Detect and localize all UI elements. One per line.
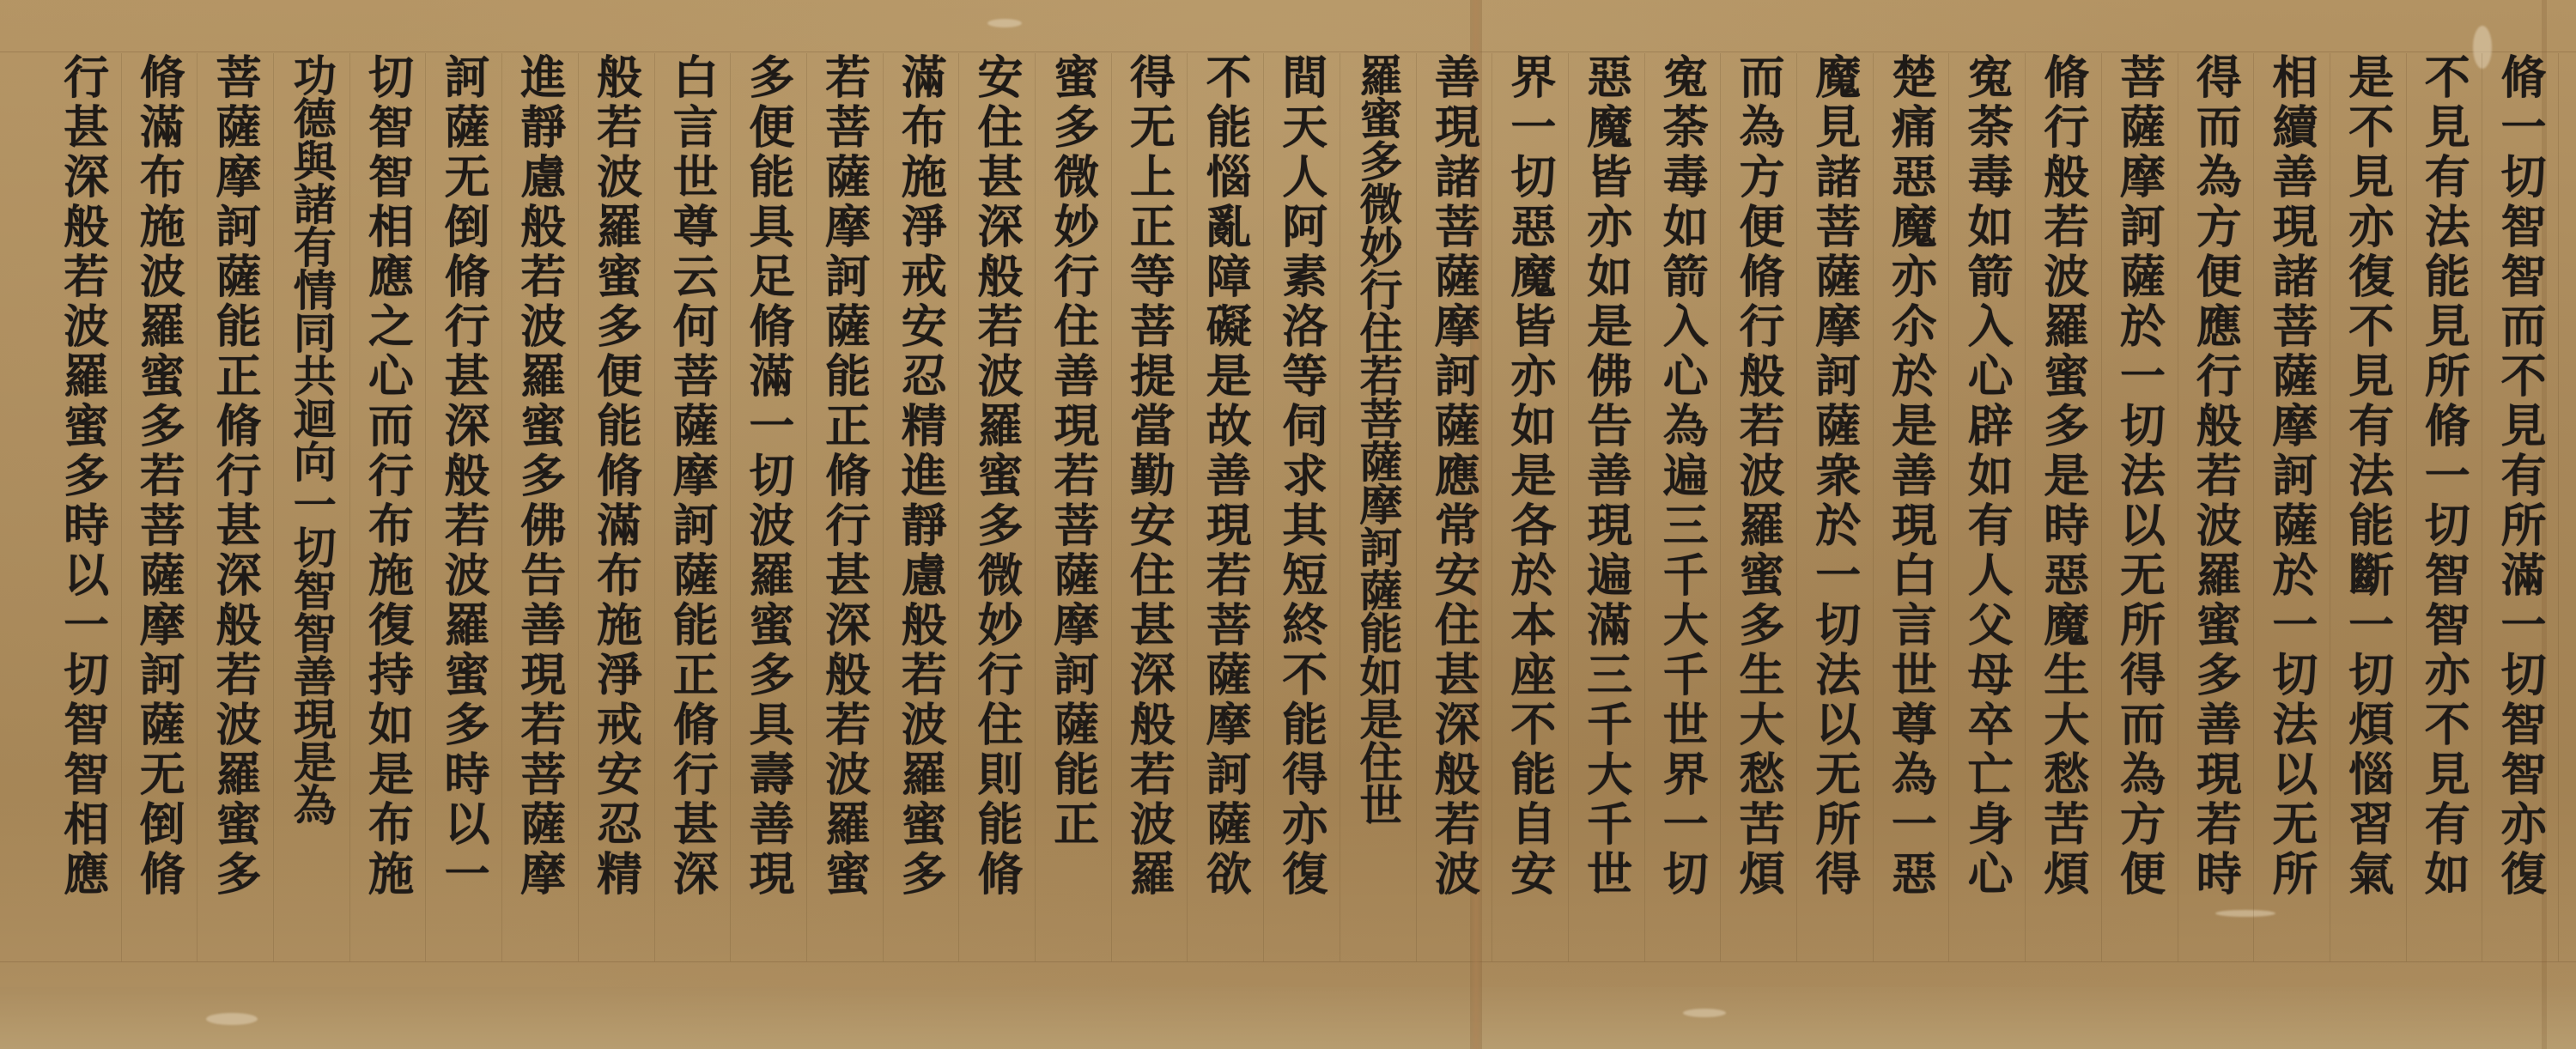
text-column: 功德與諸有情同共迴向一切智智善現是為: [286, 53, 337, 963]
column-rule: [958, 53, 959, 961]
text-column: 惡魔皆亦如是佛告善現遍滿三千大千世: [1581, 53, 1632, 963]
text-column: 寃荼毒如箭入心為遍三千大千世界一切: [1656, 53, 1708, 963]
text-column: 菩薩摩訶薩能正脩行甚深般若波羅蜜多: [210, 53, 261, 963]
text-column: 般若波羅蜜多便能脩滿布施淨戒安忍精: [591, 53, 642, 963]
column-rule: [654, 53, 655, 961]
text-column: 行甚深般若波羅蜜多時以一切智智相應: [58, 53, 109, 963]
text-column: 間天人阿素洛等伺求其短終不能得亦復: [1276, 53, 1327, 963]
column-rule: [2178, 53, 2178, 961]
text-column: 魔見諸菩薩摩訶薩衆於一切法以无所得: [1809, 53, 1861, 963]
column-rule: [1340, 53, 1340, 961]
text-column: 蜜多微妙行住善現若菩薩摩訶薩能正: [1048, 53, 1099, 963]
text-column: 界一切惡魔皆亦如是各於本座不能自安: [1504, 53, 1556, 963]
column-rule: [501, 53, 502, 961]
sutra-scroll: 脩一切智智而不見有所滿一切智智亦復不見有法能見所脩一切智智亦不見有如是不見亦復不…: [0, 0, 2576, 1049]
column-rule: [349, 53, 350, 961]
text-column: 若菩薩摩訶薩能正脩行甚深般若波羅蜜: [819, 53, 871, 963]
text-column: 羅蜜多微妙行住若菩薩摩訶薩能如是住世: [1352, 53, 1404, 963]
text-column: 得而為方便應行般若波羅蜜多善現若時: [2190, 53, 2241, 963]
column-rule: [425, 53, 426, 961]
text-column: 寃荼毒如箭入心辟如有人父母卒亡身心: [1961, 53, 2013, 963]
bottom-margin: [0, 987, 2576, 1049]
column-rule: [1187, 53, 1188, 961]
text-column: 不能惱亂障礙是故善現若菩薩摩訶薩欲: [1200, 53, 1251, 963]
column-rule: [1720, 53, 1721, 961]
column-rule: [1796, 53, 1797, 961]
text-column: 滿布施淨戒安忍精進靜慮般若波羅蜜多: [895, 53, 946, 963]
text-column: 菩薩摩訶薩於一切法以无所得而為方便: [2114, 53, 2166, 963]
column-rule: [2101, 53, 2102, 961]
paper-stain: [987, 19, 1022, 27]
column-rule: [1873, 53, 1874, 961]
column-rule: [121, 53, 122, 961]
paper-stain: [206, 1013, 258, 1025]
paper-stain: [1683, 1009, 1726, 1017]
column-rule: [2025, 53, 2026, 961]
text-column: 脩行般若波羅蜜多是時惡魔生大愁苦煩: [2038, 53, 2089, 963]
column-rule: [2330, 53, 2330, 961]
text-column: 切智智相應之心而行布施復持如是布施: [361, 53, 413, 963]
column-rule: [730, 53, 731, 961]
text-column: 脩滿布施波羅蜜多若菩薩摩訶薩无倒脩: [133, 53, 185, 963]
text-column: 多便能具足脩滿一切波羅蜜多具壽善現: [743, 53, 794, 963]
column-rule: [1492, 53, 1492, 961]
text-column: 而為方便脩行般若波羅蜜多生大愁苦煩: [1733, 53, 1784, 963]
column-rule: [2558, 53, 2559, 961]
column-rule: [1035, 53, 1036, 961]
column-rule: [806, 53, 807, 961]
column-rule: [1416, 53, 1417, 961]
text-column: 進靜慮般若波羅蜜多佛告善現若菩薩摩: [514, 53, 566, 963]
top-margin-rule: [0, 52, 2576, 52]
text-column: 是不見亦復不見有法能斷一切煩惱習氣: [2342, 53, 2394, 963]
text-column: 白言世尊云何菩薩摩訶薩能正脩行甚深: [666, 53, 718, 963]
text-column: 楚痛惡魔亦尒於是善現白言世尊為一惡: [1885, 53, 1936, 963]
text-column: 安住甚深般若波羅蜜多微妙行住則能脩: [971, 53, 1023, 963]
column-rule: [1568, 53, 1569, 961]
column-rule: [1111, 53, 1112, 961]
text-column: 訶薩无倒脩行甚深般若波羅蜜多時以一: [438, 53, 489, 963]
column-rule: [1948, 53, 1949, 961]
column-rule: [578, 53, 579, 961]
column-rule: [883, 53, 884, 961]
text-column: 不見有法能見所脩一切智智亦不見有如: [2418, 53, 2470, 963]
text-column: 得无上正等菩提當勤安住甚深般若波羅: [1123, 53, 1175, 963]
column-rule: [1263, 53, 1264, 961]
text-columns: 脩一切智智而不見有所滿一切智智亦復不見有法能見所脩一切智智亦不見有如是不見亦復不…: [0, 53, 2576, 963]
column-rule: [2253, 53, 2254, 961]
column-rule: [2482, 53, 2482, 961]
text-column: 相續善現諸菩薩摩訶薩於一切法以无所: [2266, 53, 2318, 963]
text-column: 善現諸菩薩摩訶薩應常安住甚深般若波: [1428, 53, 1479, 963]
column-rule: [273, 53, 274, 961]
column-rule: [2406, 53, 2407, 961]
column-rule: [1644, 53, 1645, 961]
column-rule: [197, 53, 197, 961]
text-column: 脩一切智智而不見有所滿一切智智亦復: [2494, 53, 2546, 963]
